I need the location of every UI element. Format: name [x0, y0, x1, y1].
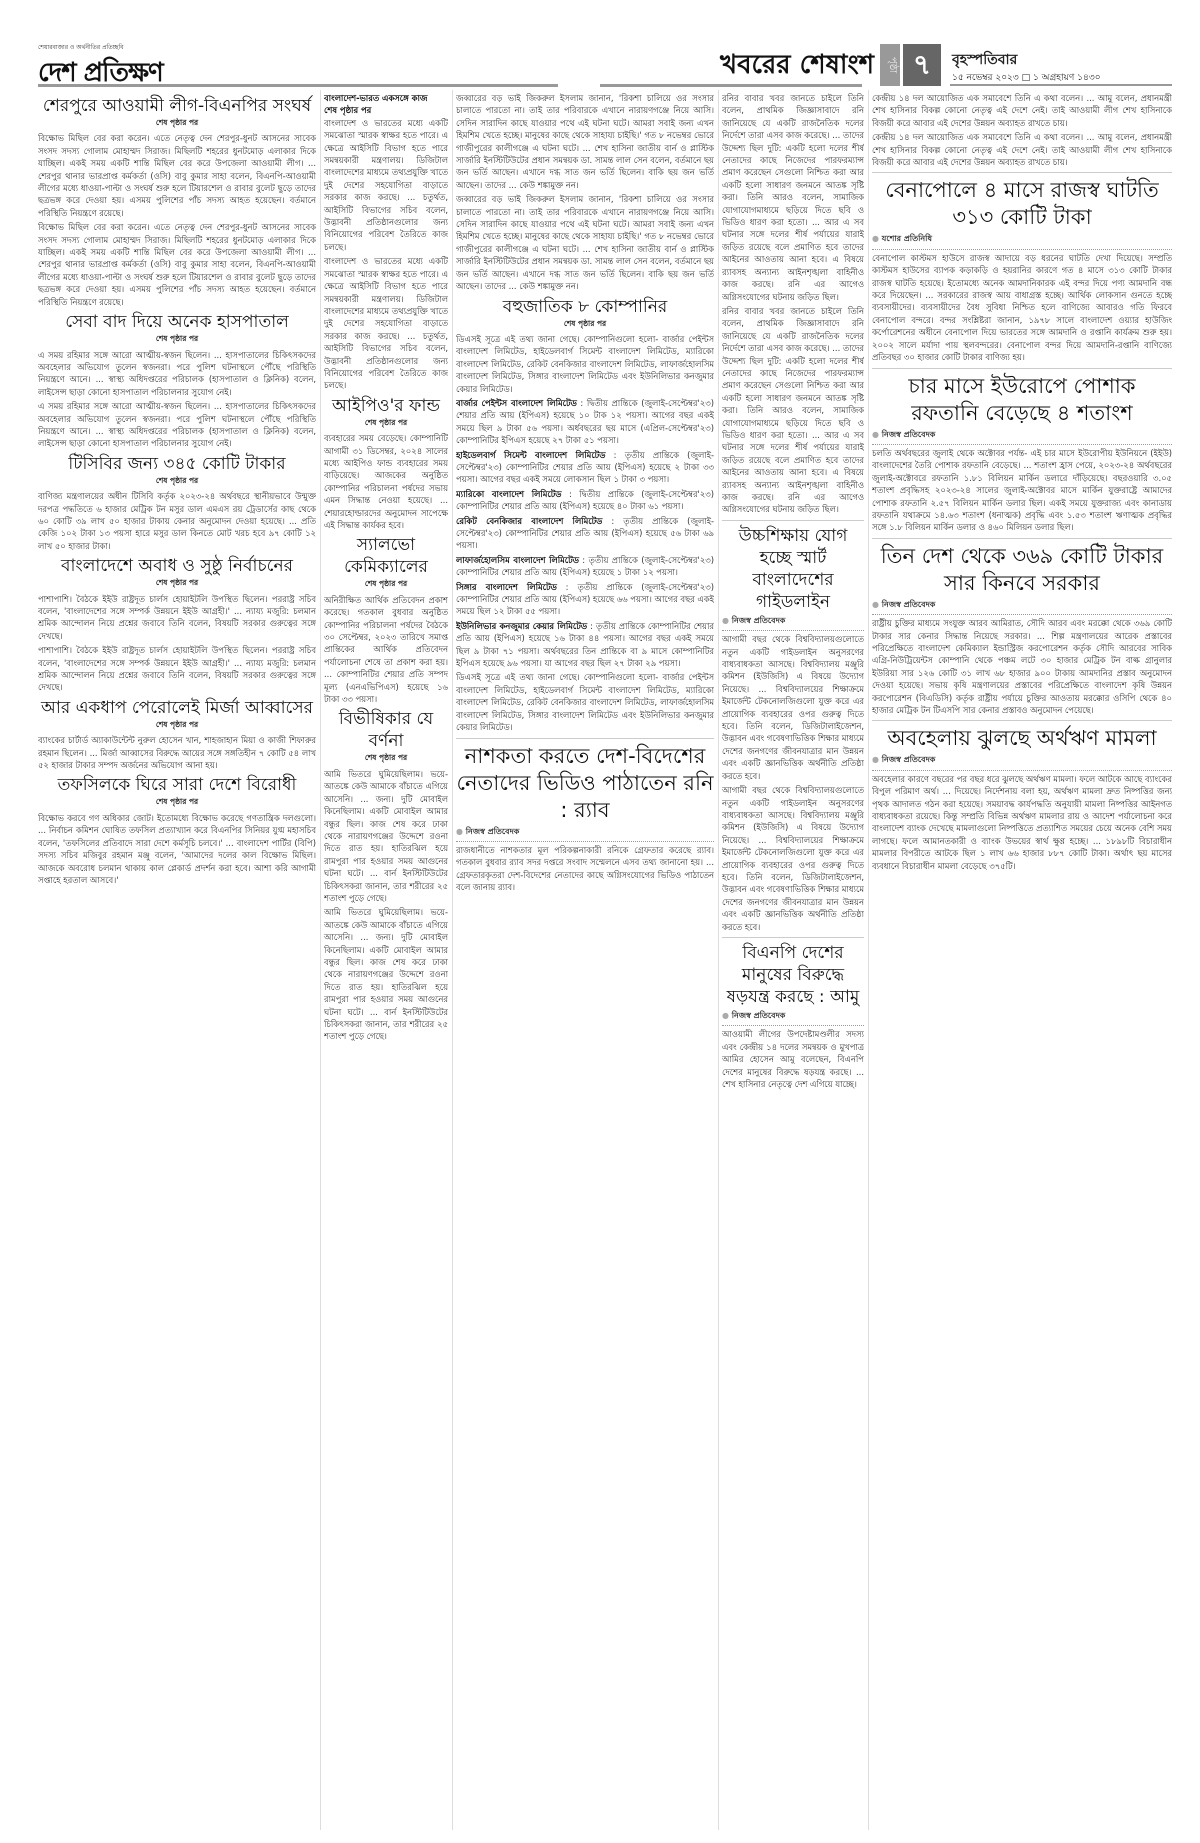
byline: নিজস্ব প্রতিবেদক	[872, 429, 1172, 445]
article-body: জব্বারের বড় ভাই জিকরুল ইসলাম জানান, 'রি…	[456, 92, 714, 191]
headline: বিএনপি দেশের মানুষের বিরুদ্ধে ষড়যন্ত্র …	[722, 942, 864, 1008]
column-1: শেরপুরে আওয়ামী লীগ-বিএনপির সংঘর্ষ শেষ প…	[38, 92, 316, 1837]
continued-label: শেষ পৃষ্ঠার পর	[456, 318, 714, 330]
company-name: লাফার্জহোলসিম বাংলাদেশ লিমিটেড	[456, 555, 579, 565]
issue-day: বৃহস্পতিবার	[952, 48, 1017, 72]
article-horror-account[interactable]: বিভীষিকার যে বর্ণনা শেষ পৃষ্ঠার পর আমি ভ…	[324, 708, 448, 1042]
divider	[872, 368, 1172, 369]
continued-label: শেষ পৃষ্ঠার পর	[38, 796, 316, 808]
article-body: আওয়ামী লীগের উপদেষ্টামণ্ডলীর সদস্য এবং …	[722, 1028, 864, 1090]
masthead-rule	[950, 84, 1172, 86]
article-amu-bnp[interactable]: বিএনপি দেশের মানুষের বিরুদ্ধে ষড়যন্ত্র …	[722, 942, 864, 1090]
article-body: কেন্দ্রীয় ১৪ দল আয়োজিত এক সমাবেশে তিনি…	[872, 92, 1172, 129]
byline: নিজস্ব প্রতিবেদক	[722, 1010, 864, 1026]
article-mirza-abbas[interactable]: আর একধাপ পেরোলেই মির্জা আব্বাসের শেষ পৃষ…	[38, 697, 316, 772]
company-name: বার্জার পেইন্টস বাংলাদেশ লিমিটেড	[456, 398, 577, 408]
article-body: অনিরীক্ষিত আর্থিক প্রতিবেদন প্রকাশ করেছে…	[324, 594, 448, 706]
article-free-fair-election[interactable]: বাংলাদেশে অবাধ ও সুষ্ঠু নির্বাচনের শেষ প…	[38, 555, 316, 694]
column-5: কেন্দ্রীয় ১৪ দল আয়োজিত এক সমাবেশে তিনি…	[872, 92, 1172, 1837]
company-name: সিঙ্গার বাংলাদেশ লিমিটেড	[456, 582, 557, 592]
article-body: বাণিজ্য মন্ত্রণালয়ের অধীন টিসিবি কর্তৃক…	[38, 490, 316, 552]
article-rony-rab[interactable]: নাশকতা করতে দেশ-বিদেশের নেতাদের ভিডিও পা…	[456, 743, 714, 894]
headline: বাংলাদেশে অবাধ ও সুষ্ঠু নির্বাচনের	[38, 555, 316, 577]
article-body: ব্যাংকের চার্টার্ড অ্যাকাউন্টেন্ট নুরুল …	[38, 734, 316, 771]
column-divider	[320, 90, 321, 1830]
article-body: চলতি অর্থবছরের জুলাই থেকে অক্টোবর পর্যন্…	[872, 447, 1172, 534]
article-body: আগামী বছর থেকে বিশ্ববিদ্যালয়গুলোতে নতুন…	[722, 633, 864, 782]
company-item: ম্যারিকো বাংলাদেশ লিমিটেড : দ্বিতীয় প্র…	[456, 488, 714, 513]
continued-label: শেষ পৃষ্ঠার পর	[38, 719, 316, 731]
byline: নিজস্ব প্রতিবেদক	[456, 826, 714, 842]
masthead-rule	[600, 84, 862, 87]
byline: নিজস্ব প্রতিবেদক	[722, 615, 864, 631]
continued-label: শেষ পৃষ্ঠার পর	[38, 117, 316, 129]
headline: নাশকতা করতে দেশ-বিদেশের নেতাদের ভিডিও পা…	[456, 743, 714, 824]
headline: স্যালভো কেমিক্যালের	[324, 534, 448, 578]
article-body: আমি ভিতরে ঘুমিয়েছিলাম। ভয়ে-আতঙ্কে কেউ …	[324, 906, 448, 1042]
column-3: জব্বারের বড় ভাই জিকরুল ইসলাম জানান, 'রি…	[456, 92, 714, 1837]
byline: যশোর প্রতিনিধি	[872, 233, 1172, 249]
article-body: বিক্ষোভ করবে গণ অধিকার জোট। ইতোমধ্যে বিক…	[38, 812, 316, 886]
article-body: বিক্ষোভ মিছিল বের করা করেন। এতে নেতৃত্ব …	[38, 221, 316, 308]
divider	[872, 172, 1172, 173]
article-tcb[interactable]: টিসিবির জন্য ৩৪৫ কোটি টাকার শেষ পৃষ্ঠার …	[38, 453, 316, 552]
byline: নিজস্ব প্রতিবেদক	[872, 754, 1172, 770]
headline: বেনাপোলে ৪ মাসে রাজস্ব ঘাটতি ৩১৩ কোটি টা…	[872, 177, 1172, 231]
article-body: এ সময় রহিমার সঙ্গে আরো আত্মীয়-স্বজন ছি…	[38, 400, 316, 450]
article-body: রনির বাবার খবর জানতে চাইলে তিনি বলেন, প্…	[722, 92, 864, 303]
headline: অবহেলায় ঝুলছে অর্থঋণ মামলা	[872, 725, 1172, 752]
divider	[872, 720, 1172, 721]
column-divider	[718, 90, 719, 1830]
article-8-multinationals[interactable]: বহুজাতিক ৮ কোম্পানির শেষ পৃষ্ঠার পর ডিএস…	[456, 296, 714, 734]
kicker: বাংলাদেশ-ভারত একসঙ্গে কাজ	[324, 92, 448, 104]
article-body: রনির বাবার খবর জানতে চাইলে তিনি বলেন, প্…	[722, 305, 864, 516]
headline: সেবা বাদ দিয়ে অনেক হাসপাতাল	[38, 311, 316, 333]
article-body: আগামী বছর থেকে বিশ্ববিদ্যালয়গুলোতে নতুন…	[722, 784, 864, 933]
page-label: পৃষ্ঠা	[880, 44, 900, 86]
article-body: অবহেলার কারণে বছরের পর বছর ধরে ঝুলছে অর্…	[872, 773, 1172, 872]
company-name: হাইডেলবার্গ সিমেন্ট বাংলাদেশ লিমিটেড	[456, 450, 605, 460]
page-number: ৭	[903, 44, 941, 86]
article-body: বাংলাদেশ ও ভারতের মধ্যে একটি সমঝোতা স্মা…	[324, 255, 448, 391]
masthead: শেয়ারবাজার ও অর্থনীতির প্রতিচ্ছবি দেশ প…	[0, 0, 1200, 92]
company-name: ইউনিলিভার কনজুমার কেয়ার লিমিটেড	[456, 621, 587, 631]
article-amu-cont[interactable]: কেন্দ্রীয় ১৪ দল আয়োজিত এক সমাবেশে তিনি…	[872, 92, 1172, 168]
company-item: বার্জার পেইন্টস বাংলাদেশ লিমিটেড : দ্বিত…	[456, 397, 714, 447]
article-smart-bd-guideline[interactable]: উচ্চশিক্ষায় যোগ হচ্ছে স্মার্ট বাংলাদেশে…	[722, 525, 864, 933]
newspaper-logo[interactable]: দেশ প্রতিক্ষণ	[38, 52, 163, 96]
headline: বিভীষিকার যে বর্ণনা	[324, 708, 448, 752]
continued-label: শেষ পৃষ্ঠার পর	[38, 475, 316, 487]
article-body: ডিএসই সূত্রে এই তথ্য জানা গেছে। কোম্পানি…	[456, 333, 714, 395]
article-fertilizer-purchase[interactable]: তিন দেশ থেকে ৩৬৯ কোটি টাকার সার কিনবে সর…	[872, 543, 1172, 717]
article-body: ডিএসই সূত্রে এই তথ্য জানা গেছে। কোম্পানি…	[456, 671, 714, 733]
article-loan-cases[interactable]: অবহেলায় ঝুলছে অর্থঋণ মামলা নিজস্ব প্রতি…	[872, 725, 1172, 872]
article-europe-rmg-export[interactable]: চার মাসে ইউরোপে পোশাক রফতানি বেড়েছে ৪ শ…	[872, 373, 1172, 534]
section-title: খবরের শেষাংশ	[720, 44, 874, 88]
headline: আইপিও'র ফান্ড	[324, 395, 448, 417]
company-name: ম্যারিকো বাংলাদেশ লিমিটেড	[456, 489, 561, 499]
article-schedule-protest[interactable]: তফসিলকে ঘিরে সারা দেশে বিরোধী শেষ পৃষ্ঠা…	[38, 774, 316, 886]
article-body: রাজধানীতে নাশকতার মূল পরিকল্পনাকারী রনিক…	[456, 844, 714, 894]
continued-label: শেষ পৃষ্ঠার পর	[324, 578, 448, 590]
issue-date: ১৫ নভেম্বর ২০২৩ □ ১ অগ্রহায়ণ ১৪৩০	[952, 70, 1101, 85]
article-ipo-fund[interactable]: আইপিও'র ফান্ড শেষ পৃষ্ঠার পর ব্যবহারের স…	[324, 395, 448, 532]
headline: তিন দেশ থেকে ৩৬৯ কোটি টাকার সার কিনবে সর…	[872, 543, 1172, 597]
article-body: বিক্ষোভ মিছিল বের করা করেন। এতে নেতৃত্ব …	[38, 132, 316, 219]
column-divider	[452, 90, 453, 1830]
article-benapole-revenue[interactable]: বেনাপোলে ৪ মাসে রাজস্ব ঘাটতি ৩১৩ কোটি টা…	[872, 177, 1172, 363]
continued-label: শেষ পৃষ্ঠার পর	[324, 752, 448, 764]
byline: নিজস্ব প্রতিবেদক	[872, 599, 1172, 615]
article-body: কেন্দ্রীয় ১৪ দল আয়োজিত এক সমাবেশে তিনি…	[872, 131, 1172, 168]
continued-label: শেষ পৃষ্ঠার পর	[38, 333, 316, 345]
divider	[722, 937, 864, 938]
article-body: জব্বারের বড় ভাই জিকরুল ইসলাম জানান, 'রি…	[456, 193, 714, 292]
article-body: পাশাপাশি। বৈঠকে ইইউ রাষ্ট্রদূত চার্লস হো…	[38, 593, 316, 643]
company-name: রেকিট বেনকিজার বাংলাদেশ লিমিটেড	[456, 516, 602, 526]
article-rony-cont[interactable]: রনির বাবার খবর জানতে চাইলে তিনি বলেন, প্…	[722, 92, 864, 516]
continued-label: শেষ পৃষ্ঠার পর	[324, 417, 448, 429]
divider	[872, 538, 1172, 539]
article-body: আমি ভিতরে ঘুমিয়েছিলাম। ভয়ে-আতঙ্কে কেউ …	[324, 768, 448, 904]
divider	[722, 520, 864, 521]
article-body: এ সময় রহিমার সঙ্গে আরো আত্মীয়-স্বজন ছি…	[38, 349, 316, 399]
logo-tagline: শেয়ারবাজার ও অর্থনীতির প্রতিচ্ছবি	[38, 44, 163, 52]
company-item: লাফার্জহোলসিম বাংলাদেশ লিমিটেড : তৃতীয় …	[456, 554, 714, 579]
continued-label: শেষ পৃষ্ঠার পর	[324, 104, 448, 116]
headline: আর একধাপ পেরোলেই মির্জা আব্বাসের	[38, 697, 316, 719]
column-4: রনির বাবার খবর জানতে চাইলে তিনি বলেন, প্…	[722, 92, 864, 1837]
article-sherpur-clash[interactable]: শেরপুরে আওয়ামী লীগ-বিএনপির সংঘর্ষ শেষ প…	[38, 95, 316, 308]
article-burn-victims[interactable]: জব্বারের বড় ভাই জিকরুল ইসলাম জানান, 'রি…	[456, 92, 714, 293]
article-salvo-chemical[interactable]: স্যালভো কেমিক্যালের শেষ পৃষ্ঠার পর অনিরী…	[324, 534, 448, 705]
headline: তফসিলকে ঘিরে সারা দেশে বিরোধী	[38, 774, 316, 796]
article-hospitals[interactable]: সেবা বাদ দিয়ে অনেক হাসপাতাল শেষ পৃষ্ঠার…	[38, 311, 316, 450]
headline: উচ্চশিক্ষায় যোগ হচ্ছে স্মার্ট বাংলাদেশে…	[722, 525, 864, 613]
continued-label: শেষ পৃষ্ঠার পর	[38, 577, 316, 589]
headline: চার মাসে ইউরোপে পোশাক রফতানি বেড়েছে ৪ শ…	[872, 373, 1172, 427]
company-item: রেকিট বেনকিজার বাংলাদেশ লিমিটেড : তৃতীয়…	[456, 515, 714, 552]
masthead-rule	[38, 84, 558, 87]
headline: শেরপুরে আওয়ামী লীগ-বিএনপির সংঘর্ষ	[38, 95, 316, 117]
article-body: বেনাপোল কাস্টমস হাউসে রাজস্ব আদায়ে বড় …	[872, 252, 1172, 364]
company-item: ইউনিলিভার কনজুমার কেয়ার লিমিটেড : তৃতীয…	[456, 620, 714, 670]
article-body: রাষ্ট্রীয় চুক্তির মাধ্যমে সংযুক্ত আরব আ…	[872, 617, 1172, 716]
divider	[456, 738, 714, 739]
column-2: বাংলাদেশ-ভারত একসঙ্গে কাজ শেষ পৃষ্ঠার পর…	[324, 92, 448, 1837]
company-item: সিঙ্গার বাংলাদেশ লিমিটেড : তৃতীয় প্রান্…	[456, 581, 714, 618]
article-bd-india[interactable]: বাংলাদেশ-ভারত একসঙ্গে কাজ শেষ পৃষ্ঠার পর…	[324, 92, 448, 392]
headline: টিসিবির জন্য ৩৪৫ কোটি টাকার	[38, 453, 316, 475]
column-divider	[868, 90, 869, 1830]
article-body: বাংলাদেশ ও ভারতের মধ্যে একটি সমঝোতা স্মা…	[324, 117, 448, 253]
article-body: ব্যবহারের সময় বেড়েছে। কোম্পানিটি আগামী…	[324, 432, 448, 531]
logo-block: শেয়ারবাজার ও অর্থনীতির প্রতিচ্ছবি দেশ প…	[38, 44, 163, 96]
company-item: হাইডেলবার্গ সিমেন্ট বাংলাদেশ লিমিটেড : ত…	[456, 449, 714, 486]
headline: বহুজাতিক ৮ কোম্পানির	[456, 296, 714, 318]
article-body: পাশাপাশি। বৈঠকে ইইউ রাষ্ট্রদূত চার্লস হো…	[38, 644, 316, 694]
